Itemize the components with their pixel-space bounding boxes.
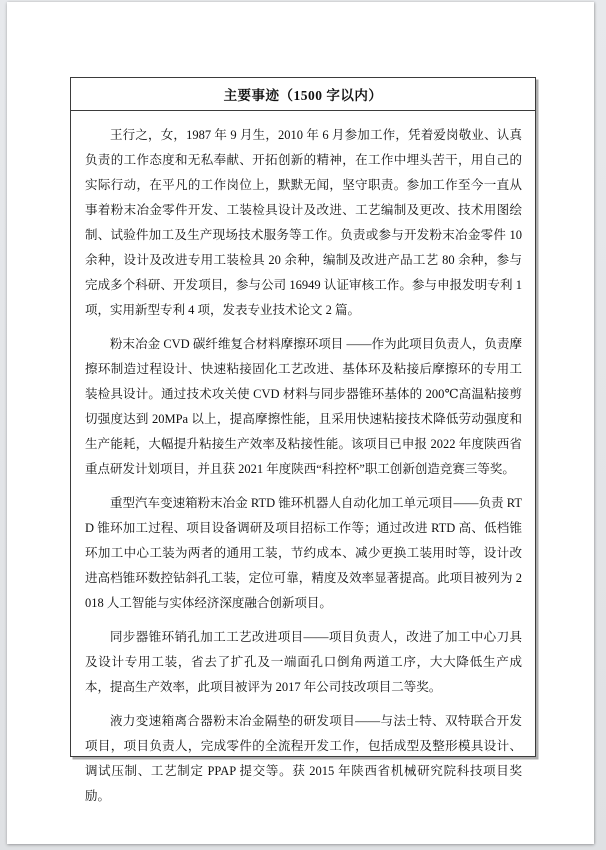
document-viewer-canvas: 主要事迹（1500 字以内） 王行之，女，1987 年 9 月生，2010 年 …: [0, 0, 606, 850]
section-body-cell: 王行之，女，1987 年 9 月生，2010 年 6 月参加工作，凭着爱岗敬业、…: [71, 111, 535, 809]
document-page: 主要事迹（1500 字以内） 王行之，女，1987 年 9 月生，2010 年 …: [7, 2, 594, 844]
paragraph-pin-hole-process-project: 同步器锥环销孔加工工艺改进项目——项目负责人，改进了加工中心刀具及设计专用工装，…: [85, 625, 522, 700]
paragraph-clutch-spacer-project: 液力变速箱离合器粉末冶金隔垫的研发项目——与法士特、双特联合开发项目，项目负责人…: [85, 709, 522, 809]
section-header-row: 主要事迹（1500 字以内）: [71, 78, 535, 111]
paragraph-rtd-robot-cell-project: 重型汽车变速箱粉末冶金 RTD 锥环机器人自动化加工单元项目——负责 RTD 锥…: [85, 491, 522, 616]
section-title: 主要事迹（1500 字以内）: [224, 84, 383, 104]
paragraph-cvd-friction-ring-project: 粉末冶金 CVD 碳纤维复合材料摩擦环项目 ——作为此项目负责人，负责摩擦环制造…: [85, 332, 522, 482]
paragraph-intro: 王行之，女，1987 年 9 月生，2010 年 6 月参加工作，凭着爱岗敬业、…: [85, 123, 522, 323]
achievements-table: 主要事迹（1500 字以内） 王行之，女，1987 年 9 月生，2010 年 …: [70, 77, 536, 757]
